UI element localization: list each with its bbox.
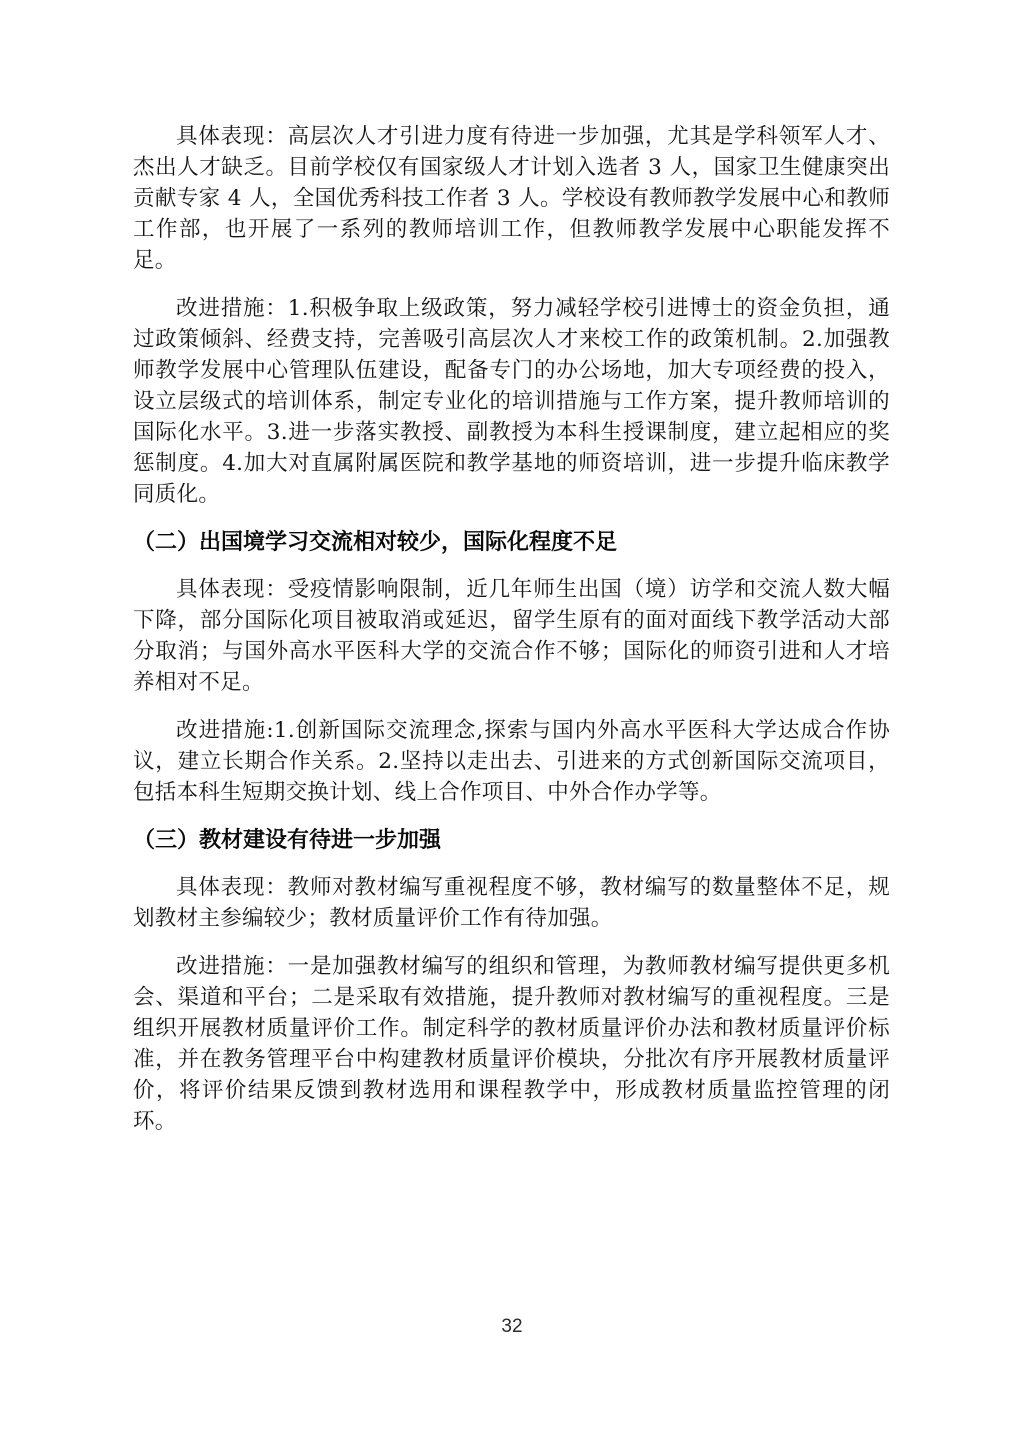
document-page: 具体表现：高层次人才引进力度有待进一步加强，尤其是学科领军人才、杰出人才缺乏。目… <box>0 0 1024 1448</box>
paragraph-improvement-measures-2: 改进措施:1.创新国际交流理念,探索与国内外高水平医科大学达成合作协议，建立长期… <box>133 715 890 808</box>
section-heading-3: （三）教材建设有待进一步加强 <box>133 826 890 856</box>
paragraph-improvement-measures-3: 改进措施：一是加强教材编写的组织和管理，为教师教材编写提供更多机会、渠道和平台；… <box>133 951 890 1137</box>
paragraph-specific-performance-1: 具体表现：高层次人才引进力度有待进一步加强，尤其是学科领军人才、杰出人才缺乏。目… <box>133 121 890 276</box>
paragraph-specific-performance-3: 具体表现：教师对教材编写重视程度不够，教材编写的数量整体不足，规划教材主参编较少… <box>133 872 890 934</box>
document-body: 具体表现：高层次人才引进力度有待进一步加强，尤其是学科领军人才、杰出人才缺乏。目… <box>133 121 890 1154</box>
paragraph-improvement-measures-1: 改进措施：1.积极争取上级政策，努力减轻学校引进博士的资金负担，通过政策倾斜、经… <box>133 293 890 510</box>
paragraph-specific-performance-2: 具体表现：受疫情影响限制，近几年师生出国（境）访学和交流人数大幅下降，部分国际化… <box>133 574 890 698</box>
page-number: 32 <box>0 1316 1024 1338</box>
section-heading-2: （二）出国境学习交流相对较少，国际化程度不足 <box>133 528 890 558</box>
